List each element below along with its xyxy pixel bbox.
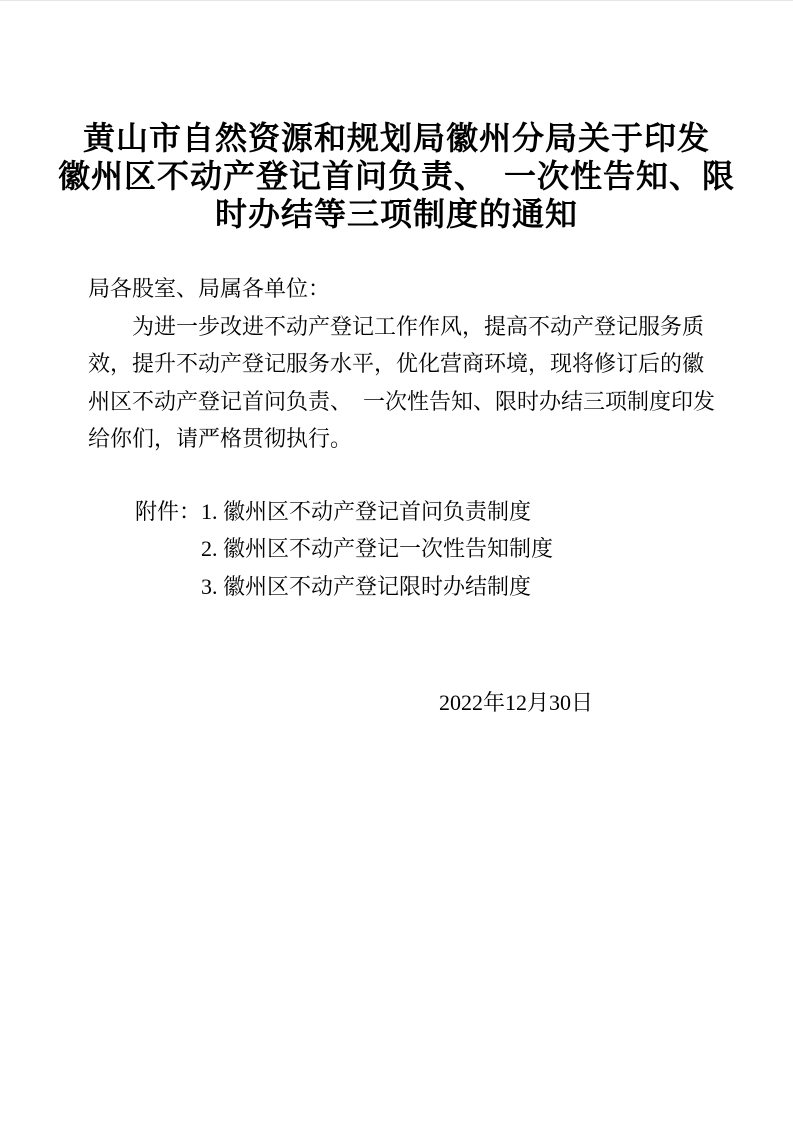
attachment-item: 2. 徽州区不动产登记一次性告知制度: [201, 530, 553, 568]
title-line-2: 徽州区不动产登记首问负责、 一次性告知、限: [46, 157, 747, 195]
salutation: 局各股室、局属各单位：: [0, 270, 793, 308]
attachment-item: 1. 徽州区不动产登记首问负责制度: [201, 493, 553, 531]
attachments-block: 附件： 1. 徽州区不动产登记首问负责制度 2. 徽州区不动产登记一次性告知制度…: [0, 493, 793, 606]
document-page: 黄山市自然资源和规划局徽州分局关于印发 徽州区不动产登记首问负责、 一次性告知、…: [0, 0, 793, 1121]
attachments-label: 附件：: [135, 493, 201, 531]
paragraph-line: 给你们，请严格贯彻执行。: [0, 420, 793, 458]
body-paragraph: 为进一步改进不动产登记工作作风，提高不动产登记服务质 效，提升不动产登记服务水平…: [0, 308, 793, 458]
title-line-1: 黄山市自然资源和规划局徽州分局关于印发: [46, 119, 747, 157]
document-title: 黄山市自然资源和规划局徽州分局关于印发 徽州区不动产登记首问负责、 一次性告知、…: [46, 119, 747, 233]
paragraph-line: 为进一步改进不动产登记工作作风，提高不动产登记服务质: [0, 308, 793, 346]
paragraph-line: 效，提升不动产登记服务水平，优化营商环境，现将修订后的徽: [0, 345, 793, 383]
paragraph-line: 州区不动产登记首问负责、 一次性告知、限时办结三项制度印发: [0, 383, 793, 421]
title-line-3: 时办结等三项制度的通知: [46, 195, 747, 233]
issue-date: 2022年12月30日: [0, 684, 793, 722]
attachment-item: 3. 徽州区不动产登记限时办结制度: [201, 568, 553, 606]
attachments-list: 1. 徽州区不动产登记首问负责制度 2. 徽州区不动产登记一次性告知制度 3. …: [201, 493, 553, 606]
